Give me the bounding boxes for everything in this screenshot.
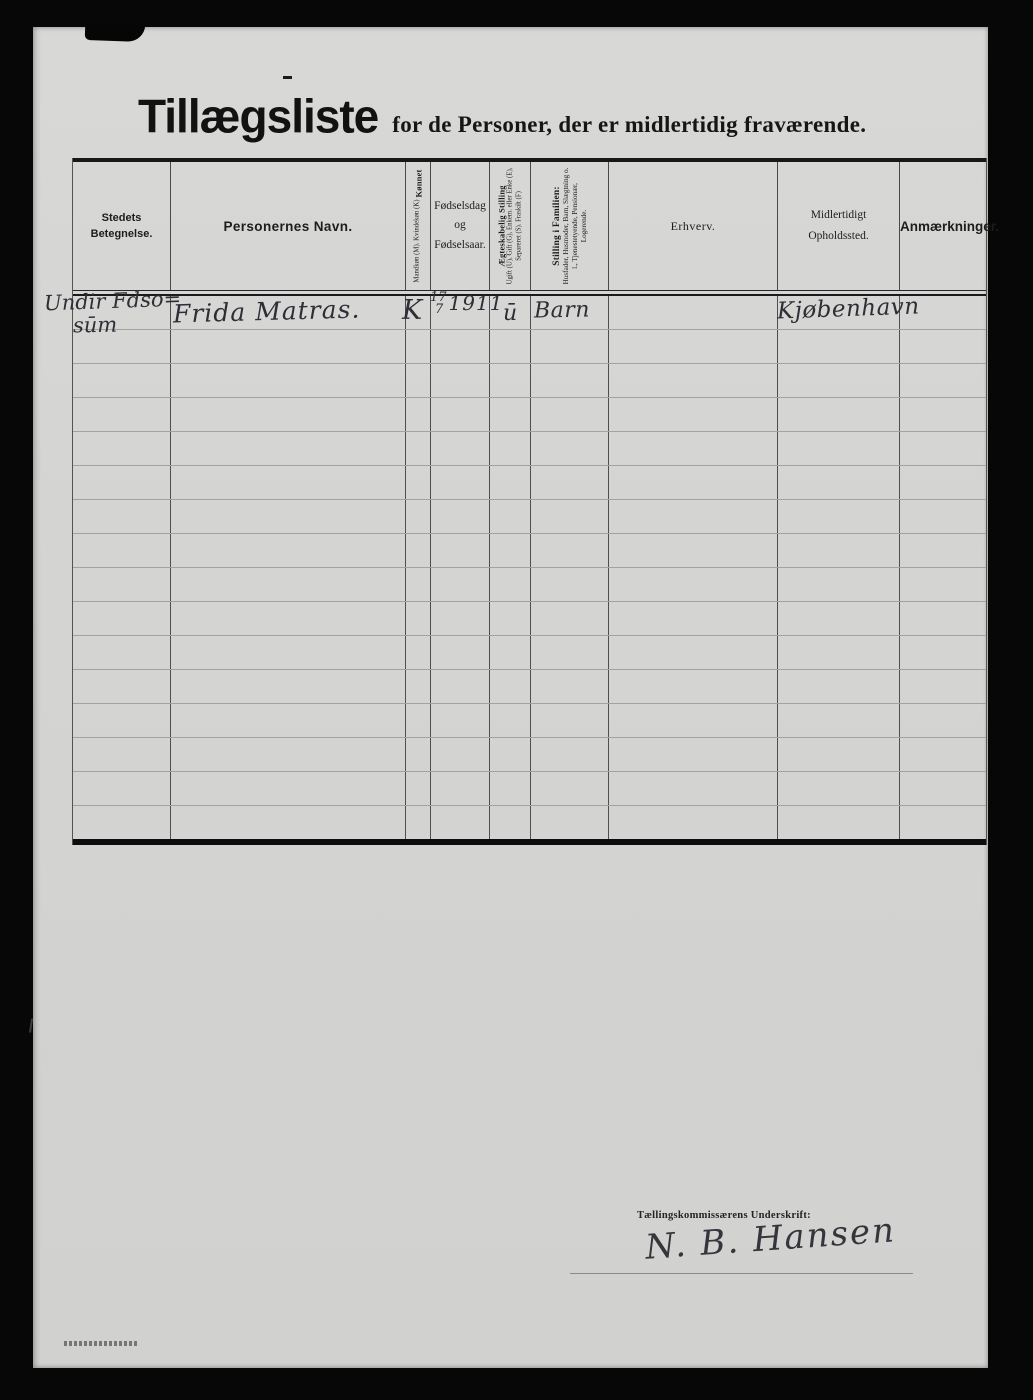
table-cell [406, 568, 431, 601]
table-cell [431, 738, 490, 771]
table-cell [431, 636, 490, 669]
col-header-stilling-i-familien: Stilling i Familien: Husfader, Husmoder,… [531, 162, 609, 290]
col-label-rotated: Mandkøn (M). Kvindekøn (K) Kønnet [407, 165, 430, 287]
table-cell [778, 636, 900, 669]
table-cell [73, 466, 171, 499]
col-header-personernes-navn: Personernes Navn. [171, 162, 406, 290]
table-cell [900, 432, 986, 465]
table-cell [531, 670, 609, 703]
table-cell [778, 806, 900, 839]
table-cell [73, 636, 171, 669]
table-cell [609, 364, 778, 397]
table-cell [431, 602, 490, 635]
table-cell [406, 670, 431, 703]
table-row [73, 398, 986, 432]
entry-sex: K [402, 295, 422, 326]
table-cell [531, 398, 609, 431]
table-cell [171, 534, 406, 567]
table-cell [490, 704, 531, 737]
table-cell [490, 670, 531, 703]
table-row [73, 772, 986, 806]
table-row [73, 738, 986, 772]
table-cell [431, 432, 490, 465]
table-cell [171, 806, 406, 839]
table-cell [609, 330, 778, 363]
table-cell [431, 398, 490, 431]
table-cell [609, 738, 778, 771]
table-cell [778, 432, 900, 465]
col-header-anmaerkninger: Anmærkninger. [900, 162, 999, 290]
col-header-stedets-betegnelse: Stedets Betegnelse. [73, 162, 171, 290]
table-cell [431, 772, 490, 805]
table-cell [406, 500, 431, 533]
table-cell [778, 704, 900, 737]
table-cell [490, 568, 531, 601]
table-cell [431, 466, 490, 499]
table-cell [900, 738, 986, 771]
table-cell [490, 330, 531, 363]
table-cell [171, 602, 406, 635]
table-cell [171, 500, 406, 533]
table-cell [531, 568, 609, 601]
table-cell [531, 704, 609, 737]
table-cell [609, 398, 778, 431]
table-cell [490, 500, 531, 533]
table-cell [778, 772, 900, 805]
table-cell [900, 466, 986, 499]
table-cell [531, 364, 609, 397]
table-cell [431, 534, 490, 567]
table-row [73, 602, 986, 636]
edge-pen-mark [29, 1019, 39, 1034]
page-title: Tillægsliste for de Personer, der er mid… [138, 89, 866, 143]
entry-family-position: Barn [534, 298, 590, 324]
table-cell [900, 636, 986, 669]
table-cell [431, 670, 490, 703]
table-row [73, 704, 986, 738]
col-header-midlertidigt-opholdssted: Midlertidigt Opholdssted. [778, 162, 900, 290]
col-label: Stedets Betegnelse. [91, 210, 153, 243]
table-cell [73, 534, 171, 567]
col-header-fodselsdag: Fødselsdag og Fødselsaar. [431, 162, 490, 290]
entry-temporary-residence: Kjøbenhavn [777, 294, 920, 325]
table-cell [900, 330, 986, 363]
table-cell [900, 670, 986, 703]
table-cell [406, 602, 431, 635]
table-cell [778, 568, 900, 601]
table-cell [431, 806, 490, 839]
table-cell [431, 704, 490, 737]
table-cell [73, 670, 171, 703]
table-cell [406, 806, 431, 839]
table-cell [531, 772, 609, 805]
table-cell [531, 500, 609, 533]
table-cell [73, 432, 171, 465]
table-cell [490, 432, 531, 465]
page-title-subtitle: for de Personer, der er midlertidig frav… [392, 112, 866, 138]
table-bottom-border [73, 839, 986, 845]
table-header: Stedets Betegnelse. Personernes Navn. Ma… [73, 158, 986, 290]
table-cell [171, 772, 406, 805]
table-cell [73, 602, 171, 635]
table-cell [73, 738, 171, 771]
table-cell [406, 364, 431, 397]
table-cell [531, 466, 609, 499]
table-cell [900, 364, 986, 397]
table-cell [609, 704, 778, 737]
page-title-main: Tillægsliste [138, 88, 378, 143]
table-cell [778, 330, 900, 363]
table-cell [778, 670, 900, 703]
table-cell [171, 330, 406, 363]
table-cell [171, 398, 406, 431]
census-table: Stedets Betegnelse. Personernes Navn. Ma… [72, 158, 987, 845]
table-cell [406, 466, 431, 499]
table-cell [490, 806, 531, 839]
table-cell [531, 534, 609, 567]
table-cell [171, 432, 406, 465]
table-cell [406, 534, 431, 567]
table-cell [406, 772, 431, 805]
col-label: Fødselsdag og Fødselsaar. [434, 197, 486, 256]
col-label: Anmærkninger. [900, 219, 999, 234]
table-cell [609, 602, 778, 635]
table-cell [406, 704, 431, 737]
table-cell [900, 772, 986, 805]
table-row [73, 534, 986, 568]
table-cell [900, 704, 986, 737]
entry-birthdate: 1771911 [429, 291, 503, 323]
table-cell [73, 704, 171, 737]
table-cell [778, 364, 900, 397]
scanned-census-page: Tillægsliste for de Personer, der er mid… [0, 0, 1033, 1400]
col-header-erhverv: Erhverv. [609, 162, 778, 290]
table-cell [778, 466, 900, 499]
table-cell [531, 806, 609, 839]
table-cell [531, 636, 609, 669]
table-cell [171, 670, 406, 703]
table-cell [900, 534, 986, 567]
printer-mark [64, 1341, 138, 1346]
stray-dash-mark [283, 76, 292, 79]
table-cell [490, 398, 531, 431]
table-cell [73, 398, 171, 431]
table-cell [431, 500, 490, 533]
table-row [73, 466, 986, 500]
table-cell [531, 330, 609, 363]
table-cell [900, 602, 986, 635]
table-row [73, 568, 986, 602]
table-cell [73, 364, 171, 397]
table-cell [490, 636, 531, 669]
table-cell [778, 500, 900, 533]
table-cell [609, 670, 778, 703]
table-cell [778, 602, 900, 635]
table-cell [490, 364, 531, 397]
table-cell [490, 466, 531, 499]
table-cell [171, 568, 406, 601]
entry-place-line1: Undir Fdso= [44, 287, 182, 316]
table-row [73, 432, 986, 466]
table-row [73, 806, 986, 839]
col-label-rotated: Ægteskabelig Stilling Ugift (U), Gift (G… [491, 165, 530, 287]
entry-place-line2: sūm [73, 313, 118, 338]
col-label: Midlertidigt Opholdssted. [808, 205, 868, 246]
entry-marital-status: ū [503, 301, 517, 326]
table-cell [431, 364, 490, 397]
col-label-rotated: Stilling i Familien: Husfader, Husmoder,… [533, 165, 607, 287]
table-cell [171, 704, 406, 737]
table-cell [490, 738, 531, 771]
table-cell [609, 466, 778, 499]
col-header-aegteskabelig-stilling: Ægteskabelig Stilling Ugift (U), Gift (G… [490, 162, 531, 290]
table-cell [609, 568, 778, 601]
table-cell [609, 636, 778, 669]
table-cell [431, 330, 490, 363]
table-cell [900, 500, 986, 533]
table-row [73, 330, 986, 364]
signature-line [570, 1273, 913, 1274]
table-cell [490, 534, 531, 567]
col-label: Personernes Navn. [223, 219, 352, 234]
table-cell [531, 602, 609, 635]
table-cell [609, 772, 778, 805]
paper-sheet: Tillægsliste for de Personer, der er mid… [33, 27, 988, 1368]
table-cell [171, 738, 406, 771]
table-cell [73, 772, 171, 805]
table-cell [73, 806, 171, 839]
table-cell [171, 364, 406, 397]
table-cell [778, 534, 900, 567]
table-row [73, 670, 986, 704]
table-cell [900, 398, 986, 431]
table-cell [431, 568, 490, 601]
table-cell [609, 806, 778, 839]
table-cell [900, 806, 986, 839]
col-header-konnet: Mandkøn (M). Kvindekøn (K) Kønnet [406, 162, 431, 290]
table-row [73, 636, 986, 670]
table-row [73, 500, 986, 534]
table-row [73, 364, 986, 398]
table-cell [778, 398, 900, 431]
table-cell [531, 432, 609, 465]
table-cell [609, 432, 778, 465]
table-cell [406, 398, 431, 431]
table-cell [490, 772, 531, 805]
table-cell [609, 500, 778, 533]
birthdate-fraction: 177 [429, 291, 447, 316]
corner-fold-artifact [85, 23, 146, 42]
table-cell [531, 738, 609, 771]
table-cell [609, 296, 778, 329]
col-label: Erhverv. [671, 219, 716, 234]
table-cell [900, 568, 986, 601]
table-cell [406, 432, 431, 465]
table-cell [171, 636, 406, 669]
table-cell [490, 602, 531, 635]
table-cell [73, 500, 171, 533]
entry-name: Frida Matras. [173, 295, 361, 329]
table-cell [171, 466, 406, 499]
table-body [73, 296, 986, 839]
table-cell [406, 636, 431, 669]
table-cell [406, 738, 431, 771]
table-cell [778, 738, 900, 771]
table-cell [609, 534, 778, 567]
table-cell [406, 330, 431, 363]
table-cell [73, 568, 171, 601]
